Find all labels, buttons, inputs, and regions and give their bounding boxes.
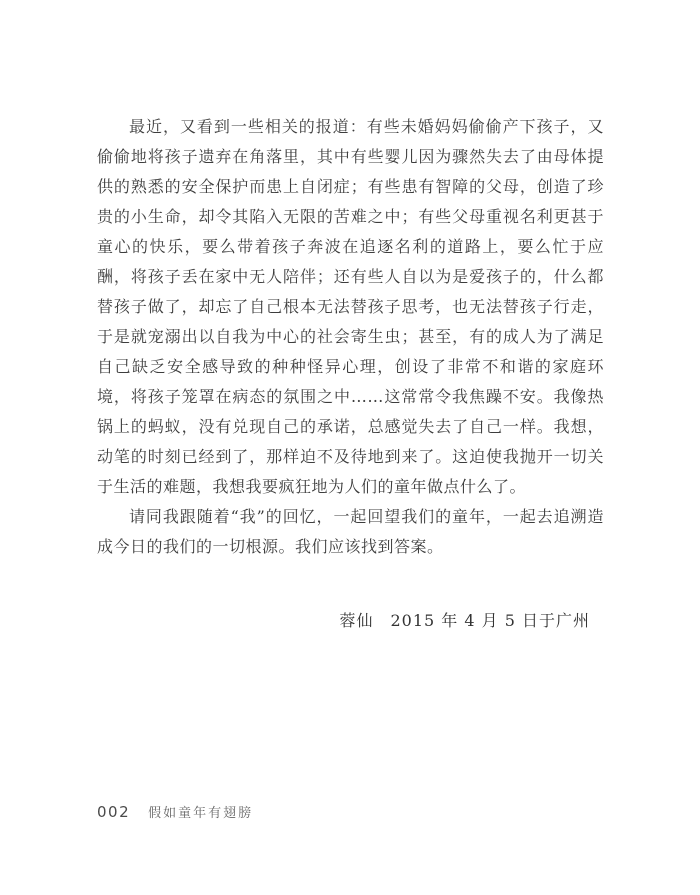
book-page: 最近，又看到一些相关的报道：有些未婚妈妈偷偷产下孩子，又偷偷地将孩子遗弃在角落里…: [0, 0, 700, 895]
paragraph-2: 请同我跟随着“我”的回忆，一起回望我们的童年，一起去追溯造成今日的我们的一切根源…: [97, 502, 604, 562]
book-title: 假如童年有翅膀: [148, 802, 253, 821]
paragraph-1: 最近，又看到一些相关的报道：有些未婚妈妈偷偷产下孩子，又偷偷地将孩子遗弃在角落里…: [97, 112, 604, 502]
author-date-signature: 蓉仙 2015 年 4 月 5 日于广州: [97, 606, 604, 636]
page-number: 002: [97, 803, 130, 821]
page-footer: 002 假如童年有翅膀: [97, 802, 253, 821]
body-text: 最近，又看到一些相关的报道：有些未婚妈妈偷偷产下孩子，又偷偷地将孩子遗弃在角落里…: [97, 112, 604, 562]
